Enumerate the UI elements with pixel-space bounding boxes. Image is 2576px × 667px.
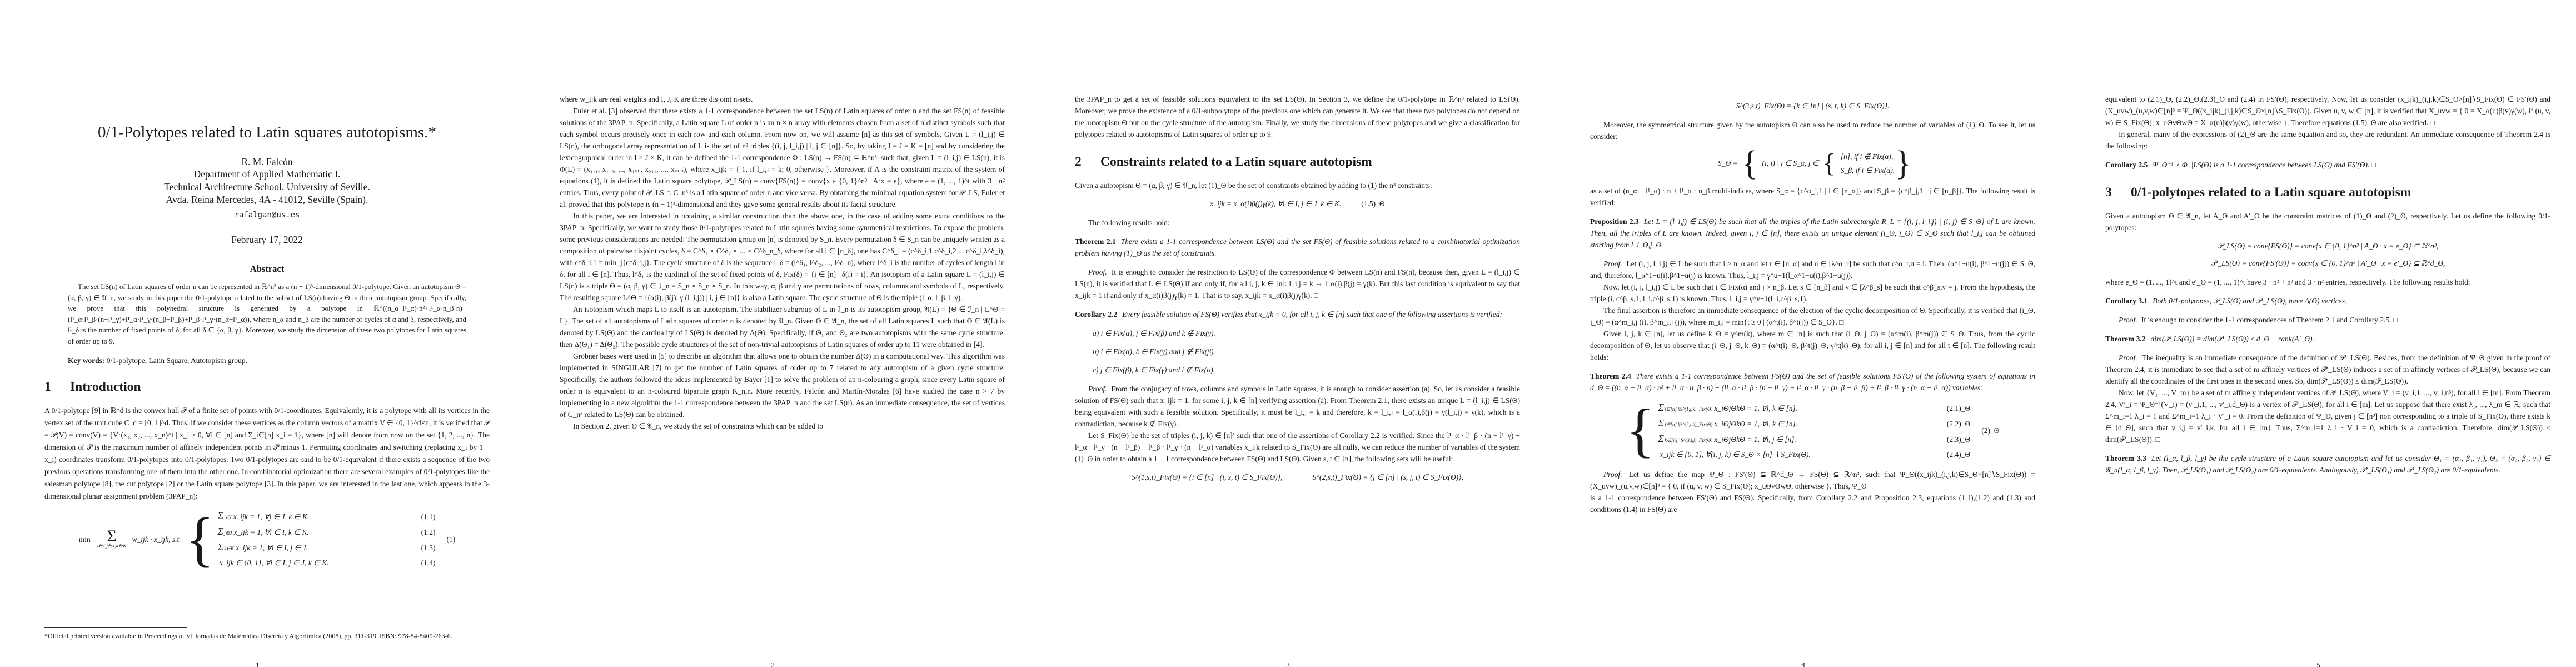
sum-limits: i∈I,j∈J,k∈K [97, 544, 127, 550]
equation-lead: w_ijk · x_ijk, s.t. [132, 535, 181, 544]
keywords-line: Key words: 0/1-polytope, Latin Square, A… [68, 356, 466, 365]
equation-row: Σk∈[n]∖S^(3,i,j)_Fix(Θ)x_iΘjΘkΘ = 1, ∀i,… [1658, 432, 1970, 447]
paper-scan-canvas: arXiv:1105.1099v1 [math.CO] 5 May 2011 0… [0, 0, 2576, 667]
theorem-label: Corollary 2.5 [2105, 161, 2153, 169]
author-name: R. M. Falcón [44, 156, 490, 168]
equation-row: x_ijk ∈ {0, 1}, ∀(i, j, k) ∈ S_Θ × [n] ∖… [1658, 447, 1970, 461]
theorem-label: Theorem 3.2 [2105, 335, 2151, 343]
theorem-label: Corollary 3.1 [2105, 297, 2153, 305]
sigma-icon: Σ [218, 509, 225, 523]
equation-row: Σi∈Ix_ijk = 1, ∀j ∈ J, k ∈ K.(1.1) [218, 509, 436, 525]
paragraph: Now, let (i, j, l_i,j) ∈ L be such that … [1590, 281, 2035, 305]
cases-equation: S_Θ ={(i, j) | i ∈ S_α, j ∈{[n], if i ∉ … [1590, 149, 2035, 178]
equation-rows: Σi∈[n]∖S^(1,j,k)_Fix(Θ)x_iΘjΘkΘ = 1, ∀j,… [1658, 401, 1970, 461]
equation-number: (1.2) [408, 525, 436, 539]
abstract-heading: Abstract [44, 263, 490, 275]
equation-row: Σj∈[n]∖S^(2,i,k)_Fix(Θ)x_iΘjΘkΘ = 1, ∀i,… [1658, 416, 1970, 432]
proof-text: Let us define the map Ψ_Θ : FS′(Θ) ⊆ ℝ^d… [1590, 470, 2035, 490]
paragraph: Euler et al. [3] observed that there exi… [560, 105, 1005, 210]
paragraph: Moreover, the symmetrical structure give… [1590, 119, 2035, 142]
left-brace-icon: { [1742, 149, 1758, 178]
sum-limits: i∈[n]∖S^(1,j,k)_Fix(Θ) [1665, 402, 1712, 416]
equation-rows: [n], if i ∉ Fix(α),S_β, if i ∈ Fix(α). [1839, 150, 1895, 177]
footnote-text: *Official printed version available in P… [44, 631, 490, 641]
sum-limits: k∈[n]∖S^(3,i,j)_Fix(Θ) [1665, 434, 1712, 447]
section-title: Constraints related to a Latin square au… [1100, 155, 1372, 169]
page-number: 4 [1546, 661, 2061, 667]
equation-system: minΣi∈I,j∈J,k∈Kw_ijk · x_ijk, s.t.{Σi∈Ix… [44, 509, 490, 570]
equation-system: {Σi∈[n]∖S^(1,j,k)_Fix(Θ)x_iΘjΘkΘ = 1, ∀j… [1590, 401, 2035, 461]
theorem-label: Theorem 3.3 [2105, 454, 2151, 462]
theorem-statement: Ψ_Θ⁻¹ ∘ Φ_|LS(Θ) is a 1-1 correspondence… [2153, 161, 2376, 169]
page-1: 0/1-Polytopes related to Latin squares a… [0, 0, 515, 667]
theorem-block: Corollary 2.2Every feasible solution of … [1075, 308, 1520, 320]
email-address: rafalgan@us.es [44, 211, 490, 220]
equation-body: x_ijk ∈ {0, 1}, ∀i ∈ I, j ∈ J, k ∈ K. [218, 556, 329, 570]
equation-body: x_ijk = 1, ∀j ∈ J, k ∈ K. [232, 510, 310, 524]
equation-number: (1.4) [408, 556, 436, 570]
equation-body: x_iΘjΘkΘ = 1, ∀i, j ∈ [n]. [1712, 432, 1796, 446]
section-title: Introduction [70, 380, 141, 394]
page-3: the 3PAP_n to get a set of feasible solu… [1030, 0, 1546, 667]
section-heading: 2Constraints related to a Latin square a… [1075, 155, 1520, 170]
equation-body: S^(3,s,t)_Fix(Θ) = {k ∈ [n] | (s, t, k) … [1736, 102, 1890, 111]
sigma-icon: Σ [107, 529, 116, 544]
equation-rows: Σi∈Ix_ijk = 1, ∀j ∈ J, k ∈ K.(1.1)Σj∈Jx_… [218, 509, 436, 570]
proof-block: Proof. Let (i, j, l_i,j) ∈ L be such tha… [1590, 258, 2035, 281]
proof-label: Proof. [2119, 354, 2140, 362]
equation-number: (1.3) [408, 541, 436, 555]
paragraph: In Section 2, given Θ ∈ 𝔄_n, we study th… [560, 420, 1005, 432]
left-brace-icon: { [186, 514, 215, 565]
equation-body: x_iΘjΘkΘ = 1, ∀i, k ∈ [n]. [1712, 417, 1797, 431]
paragraph: where e_Θ = (1, ..., 1)^t and e′_Θ = (1,… [2105, 276, 2550, 288]
equation-lead: S_Θ = [1718, 159, 1738, 168]
theorem-statement: There exists a 1-1 correspondence betwee… [1075, 237, 1520, 257]
equation-row: x_ijk ∈ {0, 1}, ∀i ∈ I, j ∈ J, k ∈ K.(1.… [218, 556, 436, 570]
right-brace-icon: } [1895, 149, 1911, 178]
equation-row: Σk∈Kx_ijk = 1, ∀i ∈ I, j ∈ J.(1.3) [218, 540, 436, 556]
paragraph: Gröbner bases were used in [5] to descri… [560, 350, 1005, 420]
proof-text: Let (i, j, l_i,j) ∈ L be such that i > n… [1590, 260, 2035, 280]
equation-body: x_ijk = 1, ∀i ∈ I, j ∈ J. [234, 541, 308, 555]
display-equation: S^(3,s,t)_Fix(Θ) = {k ∈ [n] | (s, t, k) … [1590, 102, 2035, 111]
sum-limits: j∈J [224, 526, 232, 540]
equation-body: x_ijk = 1, ∀i ∈ I, k ∈ K. [232, 525, 309, 539]
footnote: *Official printed version available in P… [44, 627, 490, 641]
paragraph: Let S_Fix(Θ) be the set of triples (i, j… [1075, 430, 1520, 465]
list-item: b) i ∈ Fix(α), k ∈ Fix(γ) and j ∉ Fix(β)… [1093, 346, 1520, 357]
system-number: (1) [447, 535, 456, 544]
paragraph: as a set of (n_α − l¹_α) · n + l¹_α · n_… [1590, 185, 2035, 208]
sum-limits: i∈I [224, 511, 231, 525]
equation-body: [n], if i ∉ Fix(α), [1839, 150, 1894, 163]
affiliation-line: Department of Applied Mathematic I. [44, 168, 490, 181]
left-brace-icon: { [1626, 405, 1655, 456]
proof-text: It is enough to consider the 1-1 corresp… [2141, 316, 2398, 324]
paragraph: Given i, j, k ∈ [n], let us define k_Θ =… [1590, 328, 2035, 363]
min-operator: min [79, 535, 91, 544]
paragraph: Given a autotopism Θ ∈ 𝔄_n, let A_Θ and … [2105, 210, 2550, 233]
sum-limits: j∈[n]∖S^(2,i,k)_Fix(Θ) [1665, 418, 1712, 432]
sum-icon: Σi∈I,j∈J,k∈K [97, 529, 127, 550]
theorem-block: Proposition 2.3Let L = (l_i,j) ∈ LS(Θ) b… [1590, 216, 2035, 251]
section-number: 2 [1075, 155, 1100, 170]
proof-label: Proof. [1603, 470, 1625, 479]
paragraph: A 0/1-polytope [9] in ℝ^d is the convex … [44, 405, 490, 502]
display-equation: 𝒫′_LS(Θ) = conv{FS′(Θ)} = conv{x ∈ {0, 1… [2105, 259, 2550, 268]
sigma-icon: Σ [1658, 401, 1665, 415]
page-5: equivalent to (2.1)_Θ, (2.2)_Θ,(2.3)_Θ a… [2061, 0, 2576, 667]
footnote-rule [44, 627, 187, 628]
display-equation: x_ijk = x_α(i)β(j)γ(k), ∀i ∈ I, j ∈ J, k… [1075, 200, 1520, 208]
theorem-block: Theorem 2.4There exists a 1-1 correspond… [1590, 370, 2035, 394]
proof-block: Proof. The inequality is an immediate co… [2105, 352, 2550, 387]
sum-limits: k∈K [224, 542, 234, 556]
equation-body: x_iΘjΘkΘ = 1, ∀j, k ∈ [n]. [1712, 401, 1797, 415]
sigma-icon: Σ [218, 540, 225, 554]
paper-date: February 17, 2022 [44, 234, 490, 246]
paragraph: The final assertion is therefore an imme… [1590, 305, 2035, 328]
system-number: (2)_Θ [1981, 426, 1999, 435]
paragraph: the 3PAP_n to get a set of feasible solu… [1075, 93, 1520, 140]
left-brace-icon: { [1823, 152, 1836, 175]
proof-text: From the conjugacy of rows, columns and … [1075, 385, 1520, 428]
section-number: 3 [2105, 185, 2131, 200]
page-2: where w_ijk are real weights and I, J, K… [515, 0, 1030, 667]
page-number: 3 [1030, 661, 1546, 667]
equation-number: (1.1) [408, 510, 436, 524]
equation-body: x_ijk ∈ {0, 1}, ∀(i, j, k) ∈ S_Θ × [n] ∖… [1658, 447, 1811, 461]
equation-row: [n], if i ∉ Fix(α), [1839, 150, 1895, 163]
paper-title: 0/1-Polytopes related to Latin squares a… [44, 123, 490, 142]
theorem-statement: Let (l_α, l_β, l_γ) be the cycle structu… [2105, 454, 2550, 474]
theorem-statement: Let L = (l_i,j) ∈ LS(Θ) be such that all… [1590, 217, 2035, 249]
paragraph: equivalent to (2.1)_Θ, (2.2)_Θ,(2.3)_Θ a… [2105, 93, 2550, 128]
proof-text: It is enough to consider the restriction… [1075, 268, 1520, 300]
theorem-label: Theorem 2.4 [1590, 372, 1636, 380]
proof-text: The inequality is an immediate consequen… [2105, 354, 2550, 385]
section-heading: 30/1-polytopes related to a Latin square… [2105, 185, 2550, 200]
equation-body: S^(1,s,t)_Fix(Θ) = {i ∈ [n] | (i, s, t) … [1132, 473, 1282, 482]
display-equation-pair: S^(1,s,t)_Fix(Θ) = {i ∈ [n] | (i, s, t) … [1075, 473, 1520, 482]
page-number: 5 [2061, 661, 2576, 667]
equation-number: (2.1)_Θ [1934, 401, 1970, 415]
keywords-text: 0/1-polytope, Latin Square, Autotopism g… [107, 356, 247, 365]
theorem-block: Theorem 2.1There exists a 1-1 correspond… [1075, 236, 1520, 259]
theorem-block: Theorem 3.3Let (l_α, l_β, l_γ) be the cy… [2105, 452, 2550, 476]
paragraph: The following results hold: [1075, 217, 1520, 228]
theorem-label: Theorem 2.1 [1075, 237, 1121, 246]
paragraph: Given a autotopism Θ = (α, β, γ) ∈ 𝔄_n, … [1075, 180, 1520, 191]
equation-number: (2.2)_Θ [1934, 417, 1970, 431]
equation-number: (1.5)_Θ [1361, 200, 1384, 208]
proof-block: Proof. Let us define the map Ψ_Θ : FS′(Θ… [1590, 469, 2035, 492]
list-item: c) j ∈ Fix(β), k ∈ Fix(γ) and i ∉ Fix(α)… [1093, 364, 1520, 376]
theorem-statement: There exists a 1-1 correspondence betwee… [1590, 372, 2035, 392]
paragraph: Now, let {V₁, ..., V_m} be a set of m af… [2105, 387, 2550, 445]
page-4: S^(3,s,t)_Fix(Θ) = {k ∈ [n] | (s, t, k) … [1546, 0, 2061, 667]
paragraph: In this paper, we are interested in obta… [560, 210, 1005, 303]
abstract-text: The set LS(n) of Latin squares of order … [68, 281, 466, 346]
affiliation-line: Technical Architecture School. Universit… [44, 181, 490, 193]
paragraph: is a 1-1 correspondence between FS′(Θ) a… [1590, 492, 2035, 515]
equation-body: 𝒫′_LS(Θ) = conv{FS′(Θ)} = conv{x ∈ {0, 1… [2211, 259, 2445, 268]
theorem-block: Corollary 2.5Ψ_Θ⁻¹ ∘ Φ_|LS(Θ) is a 1-1 c… [2105, 159, 2550, 171]
section-heading: 1Introduction [44, 380, 490, 395]
theorem-statement: Every feasible solution of FS(Θ) verifie… [1122, 310, 1502, 318]
equation-body: x_ijk = x_α(i)β(j)γ(k), ∀i ∈ I, j ∈ J, k… [1210, 200, 1341, 208]
equation-body: S^(2,s,t)_Fix(Θ) = {j ∈ [n] | (s, j, t) … [1313, 473, 1463, 482]
sigma-icon: Σ [218, 525, 225, 539]
theorem-block: Theorem 3.2dim(𝒫_LS(Θ)) = dim(𝒫′_LS(Θ)) … [2105, 333, 2550, 345]
theorem-label: Corollary 2.2 [1075, 310, 1122, 318]
display-equation: 𝒫_LS(Θ) = conv{FS(Θ)} = conv{x ∈ {0, 1}^… [2105, 242, 2550, 251]
equation-row: Σi∈[n]∖S^(1,j,k)_Fix(Θ)x_iΘjΘkΘ = 1, ∀j,… [1658, 401, 1970, 416]
page-number: 1 [0, 661, 515, 667]
proof-block: Proof. From the conjugacy of rows, colum… [1075, 383, 1520, 430]
equation-body: S_β, if i ∈ Fix(α). [1839, 163, 1895, 177]
section-number: 1 [44, 380, 70, 395]
theorem-label: Proposition 2.3 [1590, 217, 1644, 226]
proof-label: Proof. [2119, 316, 2140, 324]
proof-block: Proof. It is enough to consider the rest… [1075, 266, 1520, 301]
sigma-icon: Σ [1658, 432, 1665, 446]
list-item: a) i ∈ Fix(α), j ∈ Fix(β) and k ∉ Fix(γ)… [1093, 327, 1520, 339]
equation-row: Σj∈Jx_ijk = 1, ∀i ∈ I, k ∈ K.(1.2) [218, 525, 436, 540]
theorem-statement: Both 0/1-polytopes, 𝒫_LS(Θ) and 𝒫′_LS(Θ)… [2153, 297, 2346, 305]
proof-label: Proof. [1088, 268, 1109, 276]
page-number: 2 [515, 661, 1030, 667]
section-title: 0/1-polytopes related to a Latin square … [2131, 185, 2411, 200]
equation-number: (2.3)_Θ [1934, 432, 1970, 446]
equation-row: S_β, if i ∈ Fix(α). [1839, 163, 1895, 177]
proof-label: Proof. [1088, 385, 1109, 393]
theorem-statement: dim(𝒫_LS(Θ)) = dim(𝒫′_LS(Θ)) ≤ d_Θ − ran… [2151, 335, 2314, 343]
paragraph: In general, many of the expressions of (… [2105, 128, 2550, 152]
equation-number: (2.4)_Θ [1934, 447, 1970, 461]
equation-body: (i, j) | i ∈ S_α, j ∈ [1762, 159, 1818, 168]
proof-block: Proof. It is enough to consider the 1-1 … [2105, 314, 2550, 326]
equation-body: 𝒫_LS(Θ) = conv{FS(Θ)} = conv{x ∈ {0, 1}^… [2218, 242, 2439, 251]
proof-label: Proof. [1603, 260, 1625, 268]
affiliation-line: Avda. Reina Mercedes, 4A - 41012, Sevill… [44, 193, 490, 206]
paragraph: An isotopism which maps L to itself is a… [560, 303, 1005, 350]
paragraph: where w_ijk are real weights and I, J, K… [560, 93, 1005, 105]
theorem-block: Corollary 3.1Both 0/1-polytopes, 𝒫_LS(Θ)… [2105, 295, 2550, 307]
keywords-label: Key words: [68, 356, 104, 365]
sigma-icon: Σ [1658, 416, 1665, 430]
